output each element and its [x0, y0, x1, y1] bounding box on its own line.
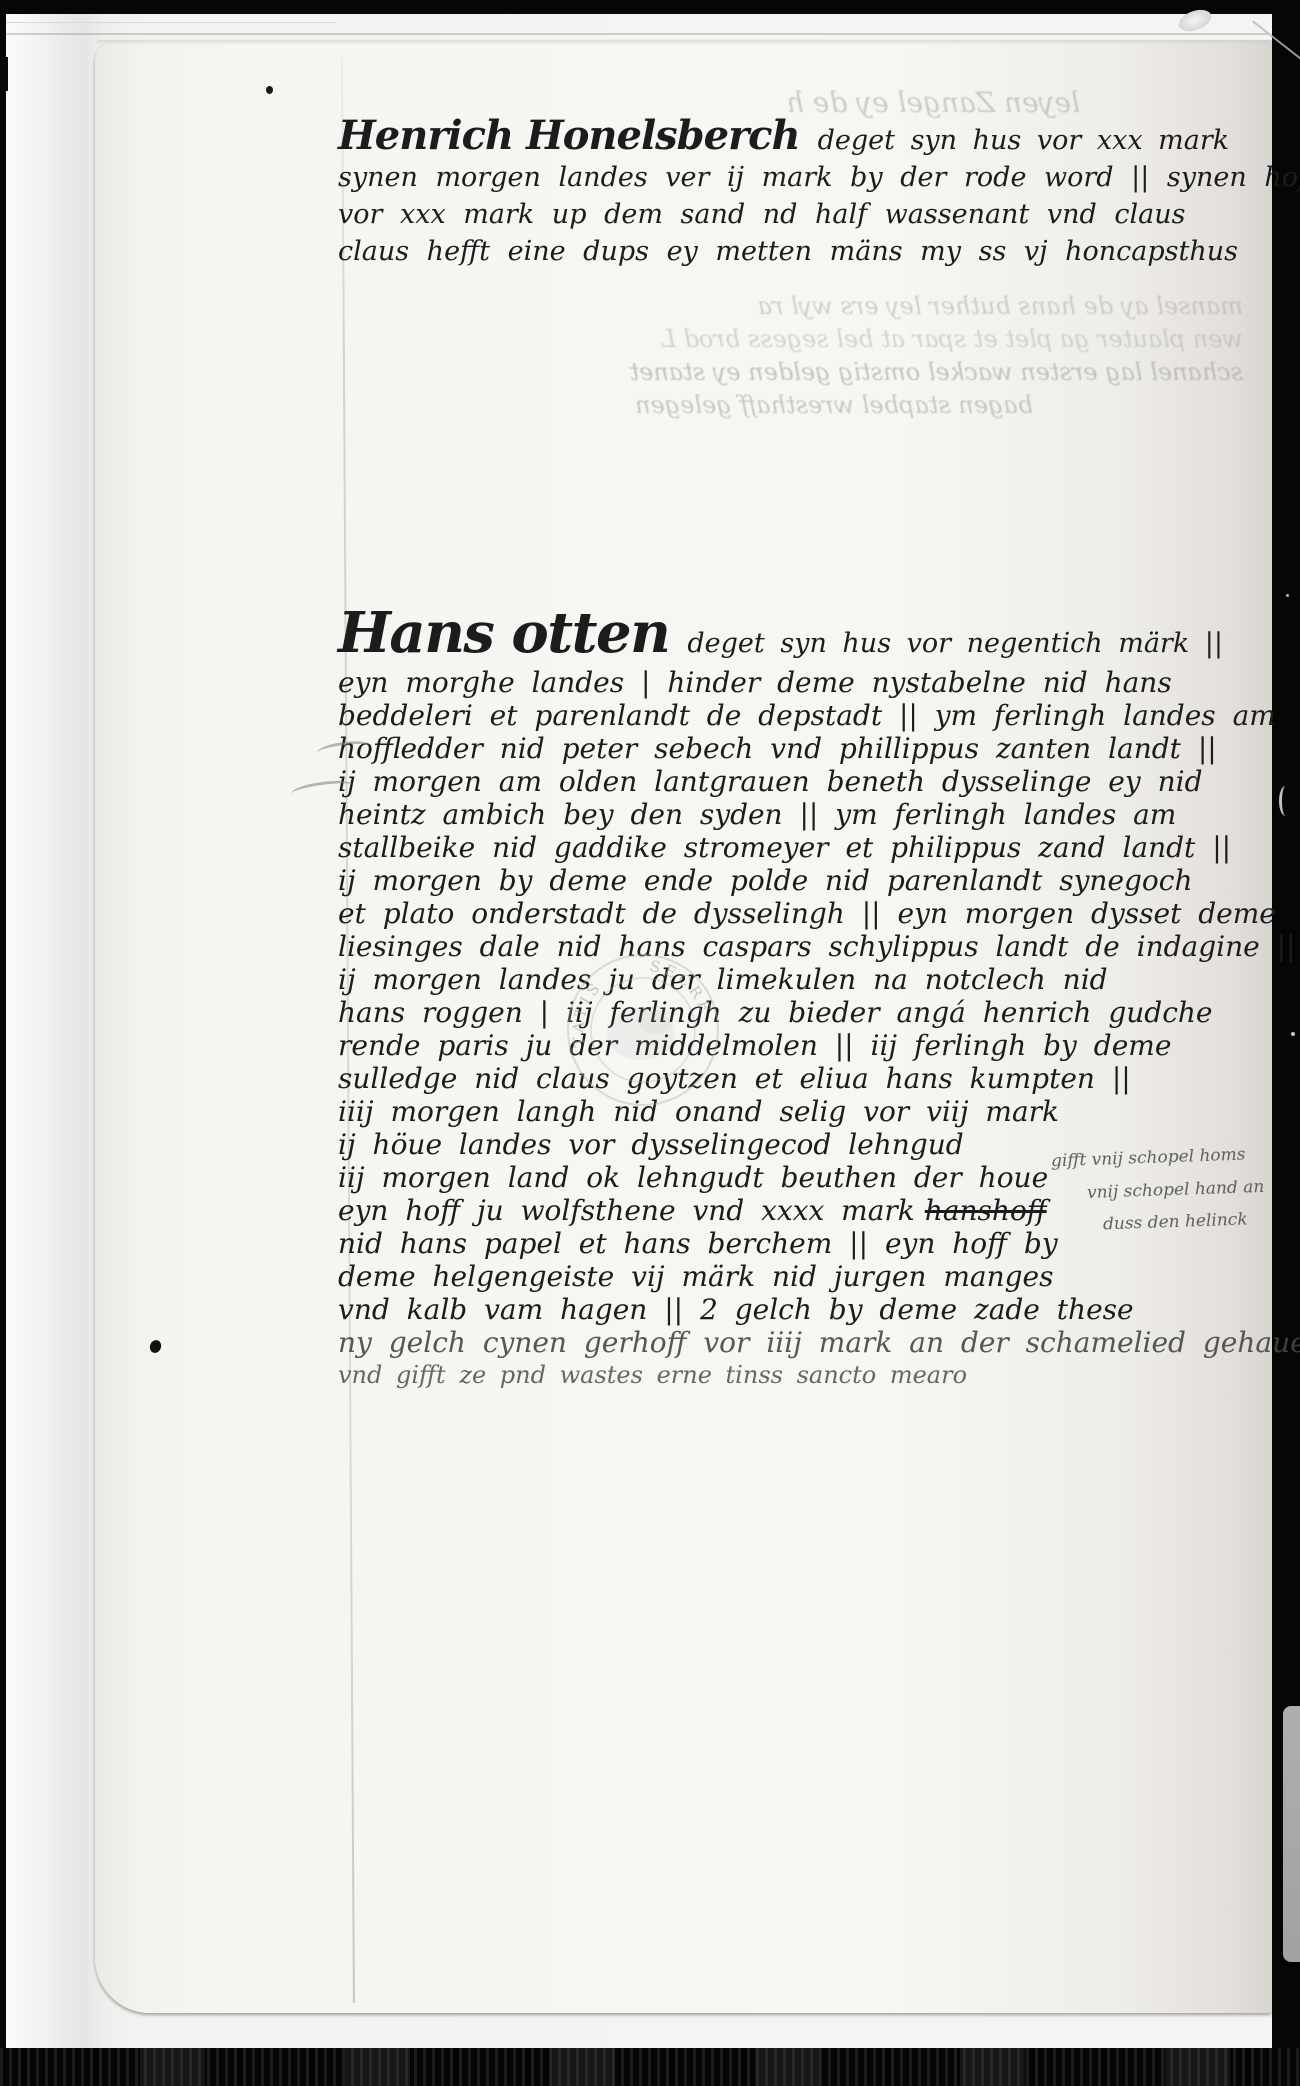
manuscript-line: vnd gifft ze pnd wastes erne tinss sanct… [338, 1359, 1288, 1392]
manuscript-line: ij morgen landes ju der limekulen na not… [338, 963, 1288, 996]
manuscript-line: rende paris ju der middelmolen || iij fe… [338, 1029, 1288, 1062]
manuscript-line: deme helgengeiste vij märk nid jurgen ma… [338, 1260, 1288, 1293]
entry-body: synen morgen landes ver ij mark by der r… [338, 159, 1278, 270]
edge-speck [1291, 1032, 1295, 1036]
register-entry: Henrich Honelsberchdeget syn hus vor xxx… [338, 112, 1278, 270]
manuscript-line: vnd kalb vam hagen || 2 gelch by deme za… [338, 1293, 1288, 1326]
edge-speck [1279, 786, 1292, 816]
show-through-text: mansel ay de hans buther ley ers wyl raw… [333, 290, 1243, 422]
svg-text:TATIS: TATIS [569, 977, 606, 1048]
manuscript-line: stallbeike nid gaddike stromeyer et phil… [338, 831, 1288, 864]
scanner-bed-notch [0, 57, 8, 91]
entry-heading-line: Hans ottendeget syn hus vor negentich mä… [338, 600, 1288, 666]
manuscript-line: schanel lag ersten wackel omstig gelden … [333, 356, 1243, 389]
entry-heading: Henrich Honelsberch [338, 112, 800, 159]
page-edge-line [6, 33, 1268, 35]
manuscript-line: ij morgen by deme ende polde nid parenla… [338, 864, 1288, 897]
page-edge-highlight [1283, 1706, 1300, 1962]
manuscript-line: hans roggen | iij ferlingh zu bieder ang… [338, 996, 1288, 1029]
manuscript-line: eyn morghe landes | hinder deme nystabel… [338, 666, 1288, 699]
manuscript-line: iiij morgen langh nid onand selig vor vi… [338, 1095, 1288, 1128]
manuscript-line: ny gelch cynen gerhoff vor iiij mark an … [338, 1326, 1288, 1359]
struck-word: hanshoff [925, 1194, 1047, 1227]
manuscript-line: vor xxx mark up dem sand nd half wassena… [338, 196, 1278, 233]
manuscript-line: synen morgen landes ver ij mark by der r… [338, 159, 1278, 196]
entry-heading-suffix: deget syn hus vor xxx mark [818, 125, 1229, 156]
manuscript-line: sulledge nid claus goytzen et eliua hans… [338, 1062, 1288, 1095]
entry-addendum: ny gelch cynen gerhoff vor iiij mark an … [338, 1326, 1288, 1392]
entry-heading-line: Henrich Honelsberchdeget syn hus vor xxx… [338, 112, 1278, 159]
entry-heading: Hans otten [338, 600, 669, 666]
manuscript-line: mansel ay de hans buther ley ers wyl ra [333, 290, 1243, 323]
manuscript-line: heintz ambich bey den syden || ym ferlin… [338, 798, 1288, 831]
manuscript-line: claus hefft eine dups ey metten mäns my … [338, 233, 1278, 270]
manuscript-line: liesinges dale nid hans caspars schylipp… [338, 930, 1288, 963]
register-entry: Hans ottendeget syn hus vor negentich mä… [338, 600, 1288, 1392]
stamp-ring-text: TATIS [569, 977, 606, 1048]
page-edge-line [6, 22, 336, 23]
manuscript-line: hoffledder nid peter sebech vnd phillipp… [338, 732, 1288, 765]
archive-stamp: TATIS SECRE [563, 950, 723, 1110]
edge-speck [1286, 594, 1289, 597]
entry-heading-suffix: deget syn hus vor negentich märk || [687, 628, 1223, 659]
scanner-bed-bottom [0, 2048, 1300, 2086]
manuscript-line: bagen stapbel wresthaff gelegen [333, 389, 1243, 422]
manuscript-line: wen plauter ga plet et spar at bel seges… [333, 323, 1243, 356]
manuscript-line: et plato onderstadt de dysselingh || eyn… [338, 897, 1288, 930]
manuscript-line: beddeleri et parenlandt de depstadt || y… [338, 699, 1288, 732]
page-top-shadow [95, 40, 1272, 45]
manuscript-page: leyen Zangel ey de h mansel ay de hans b… [95, 40, 1272, 2013]
scan-photo: leyen Zangel ey de h mansel ay de hans b… [0, 0, 1300, 2086]
ink-blot [266, 86, 273, 94]
manuscript-line: ij morgen am olden lantgrauen beneth dys… [338, 765, 1288, 798]
ink-blot [148, 1339, 163, 1355]
